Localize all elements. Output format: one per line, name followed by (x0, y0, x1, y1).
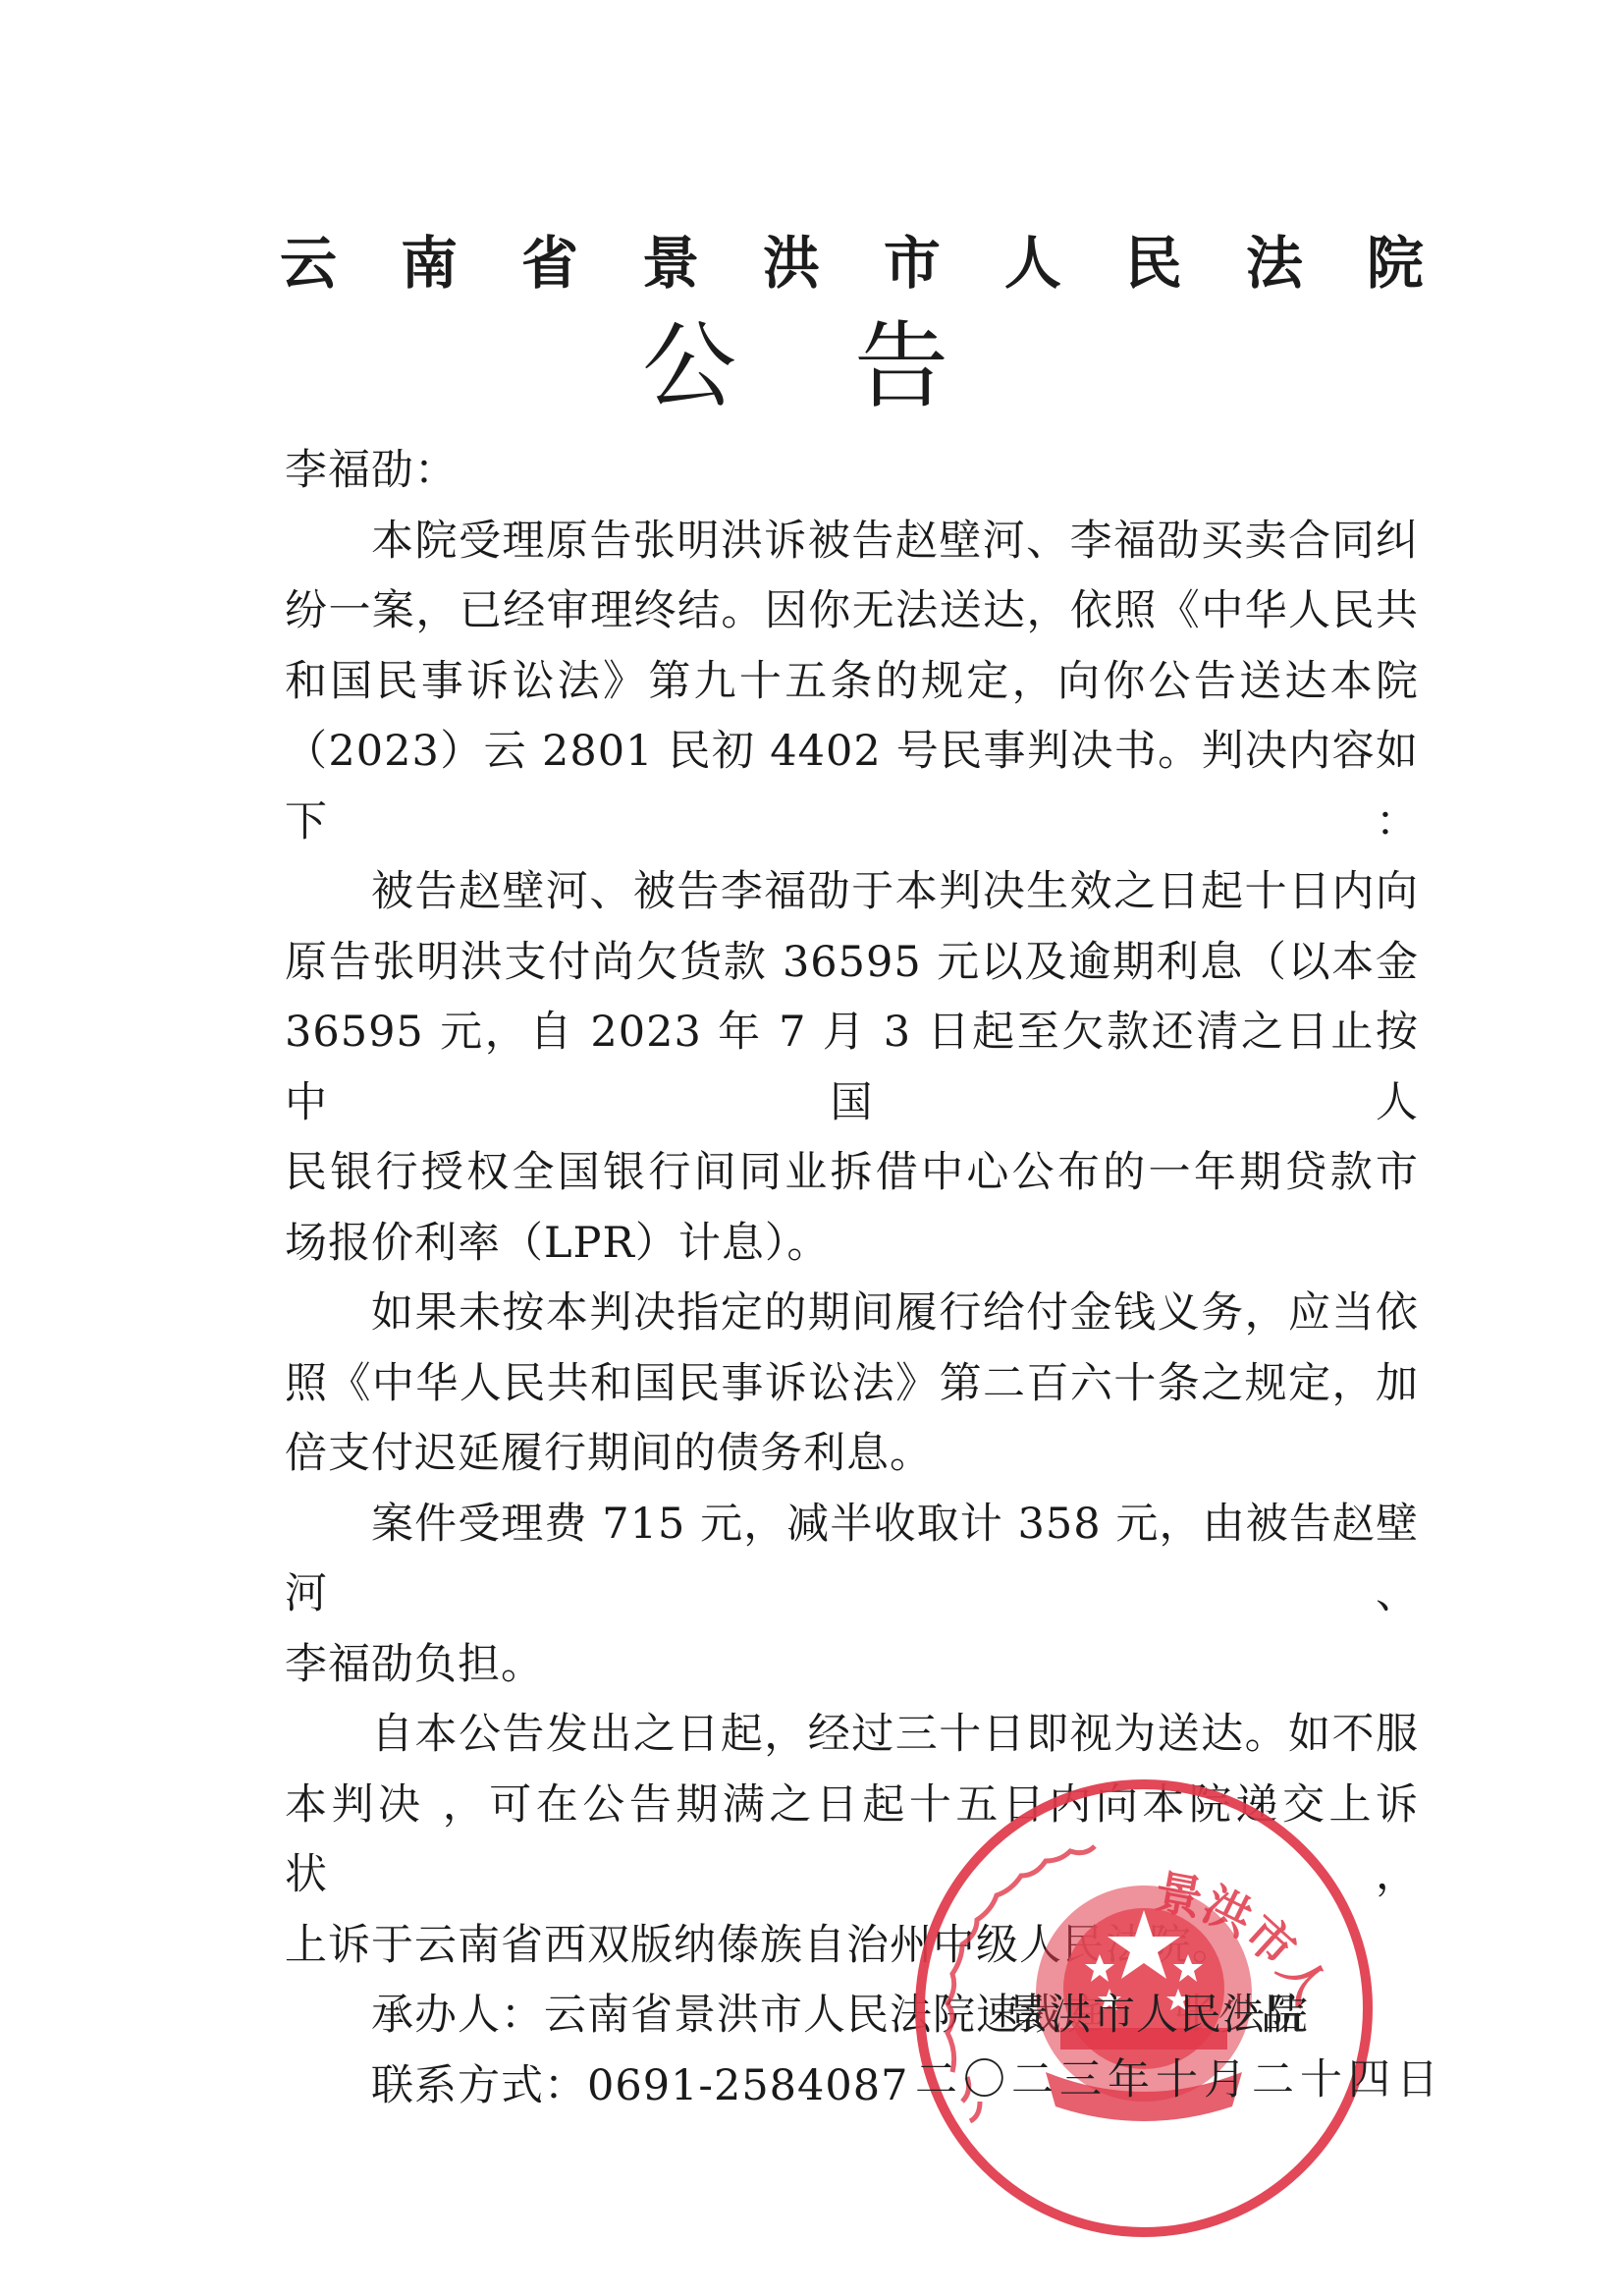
court-title-char: 云 (280, 224, 337, 302)
text-line: 纷一案，已经审理终结。因你无法送达，依照《中华人民共 (285, 576, 1419, 647)
text-line: 案件受理费 715 元，减半收取计 358 元，由被告赵壁河、 (285, 1490, 1419, 1630)
court-title-char: 人 (1004, 224, 1061, 302)
text-line: 和国民事诉讼法》第九十五条的规定，向你公告送达本院 (285, 647, 1419, 718)
paragraph-judgment: 被告赵壁河、被告李福劭于本判决生效之日起十日内向 原告张明洪支付尚欠货款 365… (285, 857, 1419, 1279)
court-title: 云 南 省 景 洪 市 人 民 法 院 (280, 224, 1424, 302)
contact-phone: 0691-2584087 (587, 2061, 908, 2110)
text-line: 民银行授权全国银行间同业拆借中心公布的一年期贷款市 (285, 1138, 1419, 1209)
text-line: 自本公告发出之日起，经过三十日即视为送达。如不服 (285, 1700, 1419, 1771)
addressee: 李福劭： (285, 436, 1419, 507)
court-title-char: 省 (521, 224, 578, 302)
text-line: 如果未按本判决指定的期间履行给付金钱义务，应当依 (285, 1279, 1419, 1349)
document-type-heading: 公告 (0, 312, 1623, 420)
court-title-char: 景 (642, 224, 699, 302)
paragraph-case-intro: 本院受理原告张明洪诉被告赵壁河、李福劭买卖合同纠 纷一案，已经审理终结。因你无法… (285, 507, 1419, 858)
court-title-char: 院 (1367, 224, 1424, 302)
text-line: 本院受理原告张明洪诉被告赵壁河、李福劭买卖合同纠 (285, 507, 1419, 577)
signature-date: 二〇二三年十月二十四日 (915, 2050, 1444, 2109)
court-title-char: 市 (884, 224, 941, 302)
text-line: 倍支付迟延履行期间的债务利息。 (285, 1419, 1419, 1490)
court-title-char: 洪 (763, 224, 820, 302)
paragraph-case-fee: 案件受理费 715 元，减半收取计 358 元，由被告赵壁河、 李福劭负担。 (285, 1490, 1419, 1701)
signature-court: 景洪市人民法院 (1006, 1986, 1309, 2045)
text-line: 36595 元，自 2023 年 7 月 3 日起至欠款还清之日止按中国人 (285, 998, 1419, 1138)
court-title-char: 民 (1125, 224, 1182, 302)
text-line: 原告张明洪支付尚欠货款 36595 元以及逾期利息（以本金 (285, 928, 1419, 999)
text-line: （2023）云 2801 民初 4402 号民事判决书。判决内容如下： (285, 717, 1419, 857)
court-title-char: 南 (401, 224, 458, 302)
text-line: 被告赵壁河、被告李福劭于本判决生效之日起十日内向 (285, 857, 1419, 928)
contact-label: 联系方式： (371, 2061, 587, 2110)
text-line: 李福劭负担。 (285, 1630, 1419, 1701)
text-line: 照《中华人民共和国民事诉讼法》第二百六十条之规定，加 (285, 1349, 1419, 1420)
court-title-char: 法 (1246, 224, 1303, 302)
text-line: 场报价利率（LPR）计息）。 (285, 1209, 1419, 1280)
paragraph-delay-interest: 如果未按本判决指定的期间履行给付金钱义务，应当依 照《中华人民共和国民事诉讼法》… (285, 1279, 1419, 1490)
